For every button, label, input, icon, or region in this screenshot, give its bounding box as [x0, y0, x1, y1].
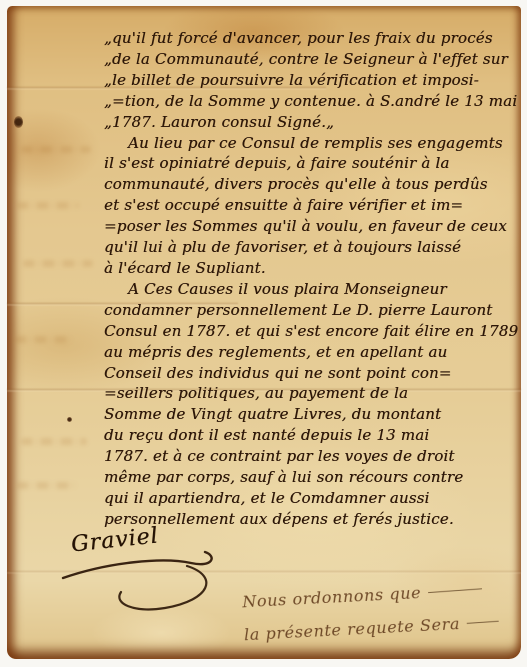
text-line: communauté, divers procès qu'elle à tous… [104, 174, 527, 195]
paragraph-quote: „qu'il fut forcé d'avancer, pour les fra… [104, 28, 527, 133]
manuscript-page: „qu'il fut forcé d'avancer, pour les fra… [7, 6, 521, 659]
ink-blot [67, 417, 72, 422]
text-line: „le billet de poursuivre la vérification… [104, 70, 527, 91]
text-line: il s'est opiniatré depuis, à faire souté… [104, 153, 527, 174]
text-line: Consul en 1787. et qui s'est encore fait… [104, 321, 527, 342]
text-line: qui il apartiendra, et le Comdamner auss… [104, 488, 527, 509]
text-line: qu'il lui à plu de favoriser, et à toujo… [104, 237, 527, 258]
bleed-through-smudge [17, 482, 77, 489]
text-line: Au lieu par ce Consul de remplis ses eng… [104, 133, 527, 154]
text-line: Somme de Vingt quatre Livres, du montant [104, 404, 527, 425]
bleed-through-smudge [17, 202, 79, 209]
signature-paraph-flourish-icon [57, 542, 237, 620]
paragraph-demand: A Ces Causes il vous plaira Monseigneur … [104, 279, 527, 530]
text-line: =seillers politiques, au payement de la [104, 383, 527, 404]
ink-blot [14, 116, 23, 128]
text-line: du reçu dont il est nanté depuis le 13 m… [104, 425, 527, 446]
pen-stroke [428, 588, 482, 593]
bleed-through-smudge [21, 146, 91, 153]
magistrate-order-note: Nous ordonnons que la présente requete S… [241, 571, 524, 652]
bleed-through-smudge [23, 260, 93, 267]
petition-text: „qu'il fut forcé d'avancer, pour les fra… [104, 28, 527, 530]
text-line: Conseil des individus qui ne sont point … [104, 363, 527, 384]
text-line: 1787. et à ce contraint par les voyes de… [104, 446, 527, 467]
text-line: „qu'il fut forcé d'avancer, pour les fra… [104, 28, 527, 49]
signature-block: Graviel [57, 526, 267, 621]
bleed-through-smudge [15, 336, 73, 343]
text-line: „1787. Lauron consul Signé.„ [104, 112, 527, 133]
paragraph-complaint: Au lieu par ce Consul de remplis ses eng… [104, 133, 527, 279]
text-line: condamner personnellement Le D. pierre L… [104, 300, 527, 321]
text-line: même par corps, sauf à lui son récours c… [104, 467, 527, 488]
text-line: „=tion, de la Somme y contenue. à S.andr… [104, 91, 527, 112]
text-line: =poser les Sommes qu'il à voulu, en fave… [104, 216, 527, 237]
text-line: à l'écard le Supliant. [104, 258, 527, 279]
text-line: au mépris des reglements, et en apellant… [104, 342, 527, 363]
manuscript-photo: „qu'il fut forcé d'avancer, pour les fra… [0, 0, 527, 667]
pen-stroke [467, 621, 499, 624]
bleed-through-smudge [21, 438, 87, 445]
text-line: et s'est occupé ensuitte à faire vérifie… [104, 195, 527, 216]
text-line: A Ces Causes il vous plaira Monseigneur [104, 279, 527, 300]
text-line: „de la Communauté, contre le Seigneur à … [104, 49, 527, 70]
